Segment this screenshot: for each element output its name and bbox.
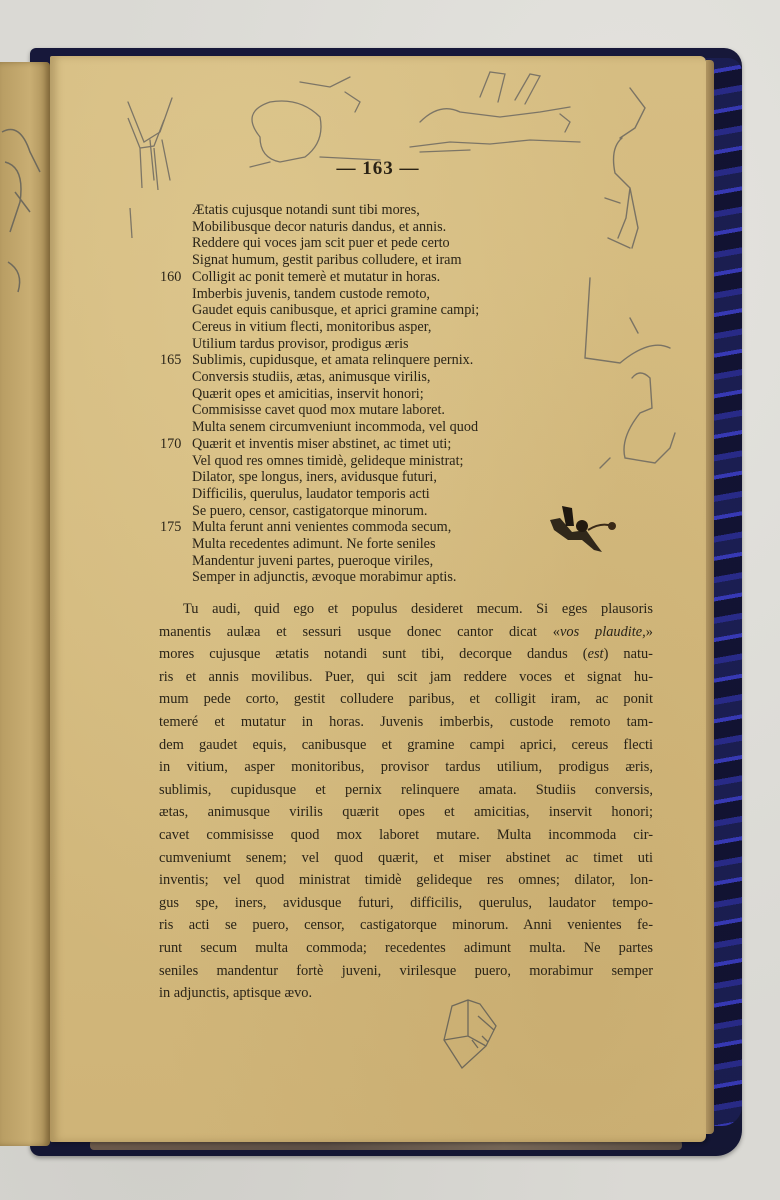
verse-line: Commisisse cavet quod mox mutare laboret…: [160, 402, 630, 419]
line-number: 160: [160, 269, 188, 286]
facing-left-page: [0, 62, 50, 1146]
prose-line: mores cujusque ætatis notandi sunt tibi,…: [159, 643, 653, 666]
prose-line: ætas, animusque virilis quærit opes et a…: [159, 801, 653, 824]
verse-line: Utilium tardus provisor, prodigus æris: [160, 336, 630, 353]
italic-text: est: [588, 646, 604, 662]
verse-line: Gaudet equis canibusque, et aprici grami…: [160, 302, 630, 319]
prose-line: ris et annis movilibus. Puer, qui scit j…: [159, 666, 653, 689]
verse-line: Quærit opes et amicitias, inservit honor…: [160, 386, 630, 403]
shield-sketch-icon: [438, 996, 508, 1076]
prose-line: ris acti se puero, censor, castigatorque…: [159, 914, 653, 937]
verse-line: Multa senem circumveniunt incommoda, vel…: [160, 419, 630, 436]
prose-line: dem gaudet equis, canibusque et gramine …: [159, 734, 653, 757]
prose-paragraph: Tu audi, quid ego et populus desideret m…: [159, 598, 653, 1005]
page-number: — 163 —: [50, 158, 706, 180]
verse-line: 160Colligit ac ponit temerè et mutatur i…: [160, 269, 630, 286]
prose-line: runt secum multa commoda; recedentes adi…: [159, 937, 653, 960]
verse-line: Difficilis, querulus, laudator temporis …: [160, 486, 630, 503]
prose-line: seniles mandentur fortè juveni, virilesq…: [159, 960, 653, 983]
verse-line: Se puero, censor, castigatorque minorum.: [160, 503, 630, 520]
verse-line: Mobilibusque decor naturis dandus, et an…: [160, 219, 630, 236]
prose-line: inventis; vel quod ministrat timidè geli…: [159, 869, 653, 892]
verse-line: Signat humum, gestit paribus colludere, …: [160, 252, 630, 269]
line-number: 165: [160, 352, 188, 369]
prose-line: mum pede corto, gestit colludere paribus…: [159, 688, 653, 711]
prose-line: cavet commisisse quod mox laboret mutare…: [159, 824, 653, 847]
verse-line: Multa recedentes adimunt. Ne forte senil…: [160, 536, 630, 553]
book-page: — 163 — Ætatis cujusque notandi sunt tib…: [50, 56, 706, 1142]
prose-line: Tu audi, quid ego et populus desideret m…: [159, 598, 653, 621]
verse-line: 170Quærit et inventis miser abstinet, ac…: [160, 436, 630, 453]
verse-line: 175Multa ferunt anni venientes commoda s…: [160, 519, 630, 536]
page-edge: [706, 60, 714, 1134]
line-number: 170: [160, 436, 188, 453]
verse-line: Vel quod res omnes timidè, gelideque min…: [160, 453, 630, 470]
verse-line: Cereus in vitium flecti, monitoribus asp…: [160, 319, 630, 336]
prose-line: gus spe, iners, avidusque futuri, diffic…: [159, 892, 653, 915]
verse-line: Reddere qui voces jam scit puer et pede …: [160, 235, 630, 252]
prose-line: in adjunctis, aptisque ævo.: [159, 982, 653, 1005]
prose-line: sublimis, cupidusque et pernix relinquer…: [159, 779, 653, 802]
verse-line: Dilator, spe longus, iners, avidusque fu…: [160, 469, 630, 486]
prose-line: cumveniumt senem; vel quod quærit, et mi…: [159, 847, 653, 870]
verse-line: Semper in adjunctis, ævoque morabimur ap…: [160, 569, 630, 586]
verse-block: Ætatis cujusque notandi sunt tibi mores,…: [160, 202, 630, 586]
verse-line: Ætatis cujusque notandi sunt tibi mores,: [160, 202, 630, 219]
verse-line: Conversis studiis, ætas, animusque viril…: [160, 369, 630, 386]
prose-line: in vitium, asper monitoribus, provisor t…: [159, 756, 653, 779]
italic-text: vos plaudite,: [560, 624, 646, 640]
pencil-sketch-icon: [0, 92, 48, 297]
prose-line: manentis aulæa et sessuri usque donec ca…: [159, 621, 653, 644]
verse-line: 165Sublimis, cupidusque, et amata relinq…: [160, 352, 630, 369]
verse-line: Imberbis juvenis, tandem custode remoto,: [160, 286, 630, 303]
prose-line: temeré et mutatur in horas. Juvenis imbe…: [159, 711, 653, 734]
line-number: 175: [160, 519, 188, 536]
verse-line: Mandentur juveni partes, pueroque virile…: [160, 553, 630, 570]
